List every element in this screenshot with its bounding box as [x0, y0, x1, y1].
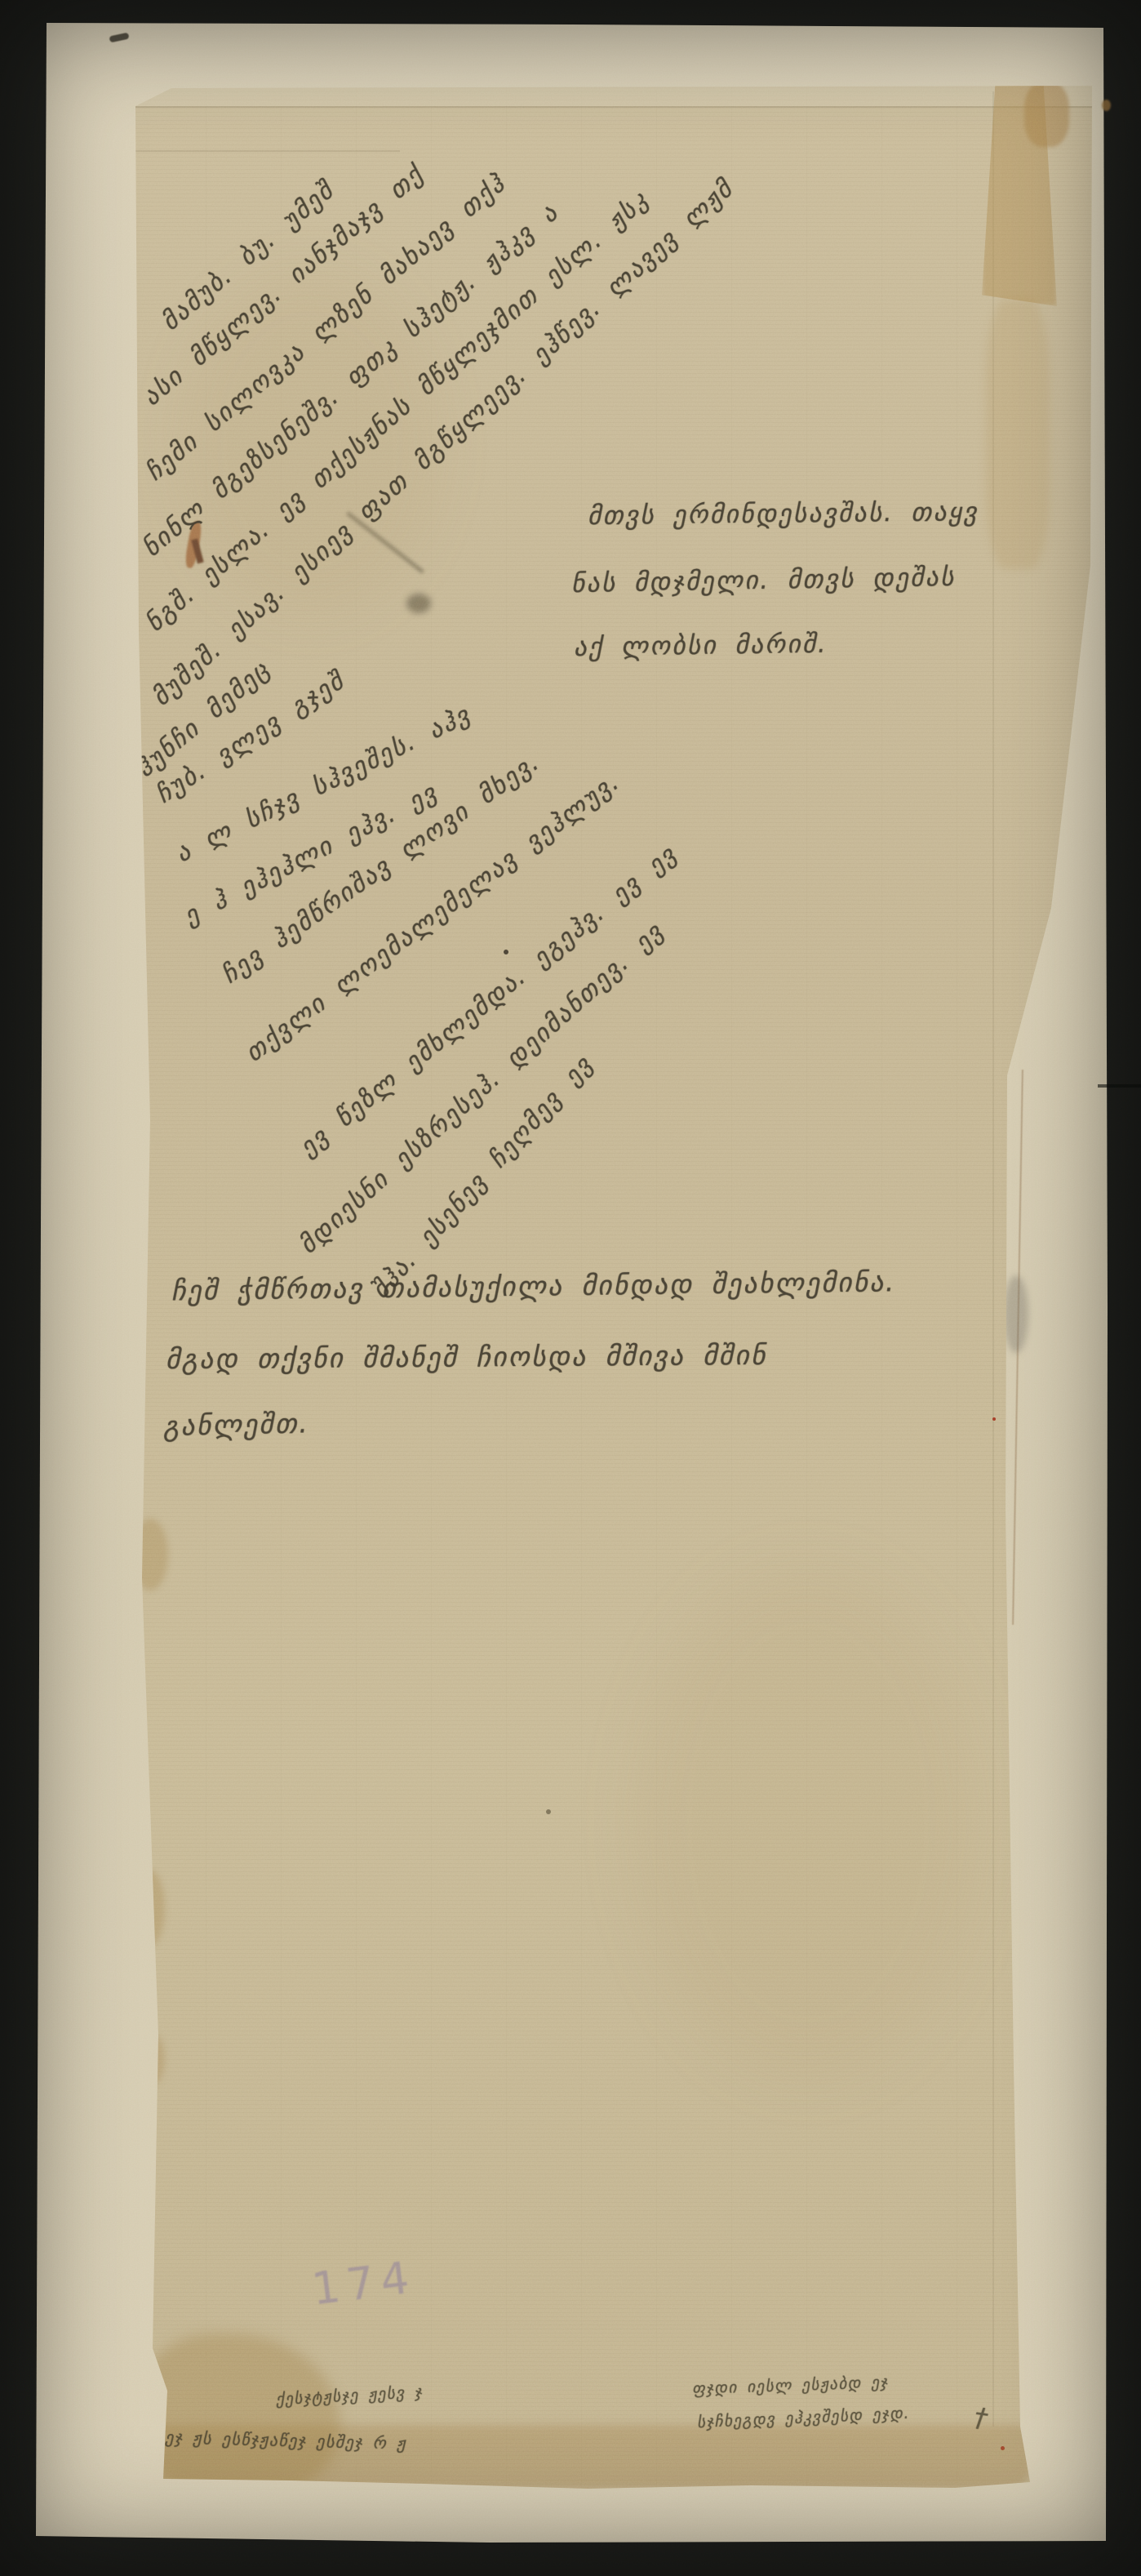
bottom-note-line: ქესჯტჟსჯე ჟესვ ჯ: [276, 2385, 424, 2408]
paragraph-line: ნას მდჯმელი. მთვს დეშას: [571, 565, 956, 597]
paragraph-line: აქ ლობსი მარიშ.: [574, 632, 828, 661]
dagger-mark: †: [973, 2404, 992, 2431]
paragraph-line: მთვს ერმინდესავშას. თაყვ: [588, 500, 979, 529]
paragraph-line: განლეშთ.: [163, 1409, 310, 1439]
aging-blotch: [637, 1569, 979, 2075]
ink-speck: [504, 950, 508, 954]
tape-stain-blob: [1024, 82, 1069, 147]
bottom-left-stain-blob: [140, 2334, 340, 2501]
bottom-note-line: ეჯმეჯ ჟს ესწჯჟაწეჯ ესშეჯ რ ჟ: [137, 2428, 407, 2452]
ink-smudge-blot: [406, 594, 431, 613]
vertical-crease: [992, 91, 994, 2427]
red-dot: [1001, 2446, 1005, 2450]
manuscript-page: მამუბ. ბუ. უმეშ ასი მწყლევ. იანჯმაჯვ თქ …: [131, 59, 1098, 2490]
photographed-manuscript: მამუბ. ბუ. უმეშ ასი მწყლევ. იანჯმაჯვ თქ …: [0, 0, 1141, 2576]
tape-stain-fade: [986, 300, 1050, 569]
fiber-damage-dark: [191, 538, 203, 563]
bottom-note-line: ფჯდი იესლ ესჟაბდ ეჯ: [692, 2375, 889, 2397]
top-edge-crease: [131, 106, 1098, 108]
red-dot: [992, 1417, 996, 1421]
tape-stain: [982, 82, 1057, 306]
fold-crease: [131, 150, 400, 152]
paragraph-line: მგად თქვნი შმანეშ ჩიოსდა მშივა მშინ: [166, 1341, 767, 1373]
bottom-note-line: სჯჩხეგდვ ეჰკვშესდ ეჯდ.: [697, 2406, 911, 2431]
pencil-folio-number: 174: [309, 2255, 418, 2311]
ink-speck: [546, 1809, 551, 1814]
paragraph-line: ჩეშ ჭმწრთავ თამასუქილა მინდად შეახლემინა…: [171, 1268, 896, 1304]
